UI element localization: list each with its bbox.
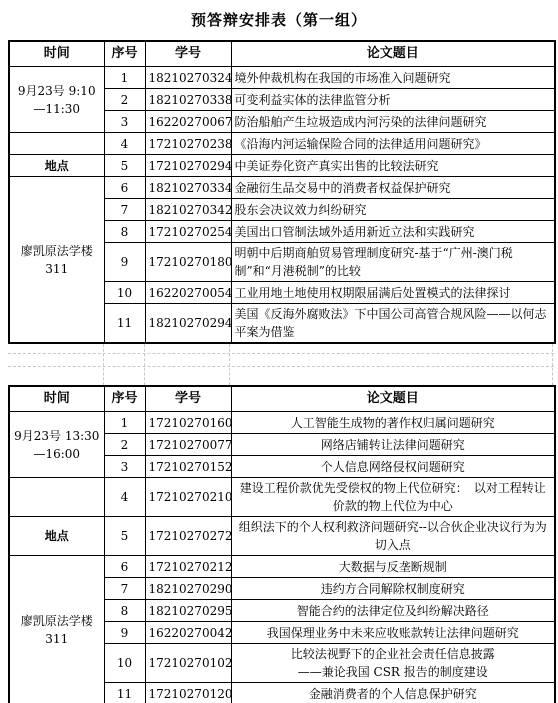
- thesis-title: 人工智能生成物的著作权归属问题研究: [231, 412, 555, 434]
- student-id: 17210270272: [145, 517, 231, 556]
- student-id: 17210270077: [145, 434, 231, 456]
- empty-time-cell: [9, 133, 104, 155]
- row-number: 6: [104, 556, 145, 578]
- gridline-vertical: [552, 344, 553, 385]
- row-number: 5: [104, 517, 145, 556]
- header-no: 序号: [104, 41, 145, 67]
- row-number: 1: [104, 67, 145, 89]
- table-row: 9月23号 13:30 —16:00117210270160人工智能生成物的著作…: [9, 412, 555, 434]
- table-row: 地点517210270294中美证券化资产真实出售的比较法研究: [9, 155, 555, 177]
- gridline-vertical: [229, 344, 230, 385]
- student-id: 17210270212: [145, 556, 231, 578]
- row-number: 11: [104, 304, 145, 344]
- row-number: 7: [104, 578, 145, 600]
- student-id: 17210270120: [145, 683, 231, 703]
- header-row: 时间 序号 学号 论文题目: [9, 386, 555, 412]
- header-no: 序号: [104, 386, 145, 412]
- header-thesis-title: 论文题目: [231, 386, 555, 412]
- table-row: 廖凯原法学楼 311618210270334金融衍生品交易中的消费者权益保护研究: [9, 177, 555, 199]
- row-number: 5: [104, 155, 145, 177]
- header-student-id: 学号: [145, 386, 231, 412]
- schedule-table-afternoon: 时间 序号 学号 论文题目 9月23号 13:30 —16:0011721027…: [8, 385, 556, 703]
- thesis-title: 个人信息网络侵权问题研究: [231, 456, 555, 478]
- session-time: 9月23号 13:30 —16:00: [9, 412, 104, 478]
- table-row: 417210270238《沿海内河运输保险合同的法律适用问题研究》: [9, 133, 555, 155]
- thesis-title: 中美证券化资产真实出售的比较法研究: [231, 155, 555, 177]
- location-label: 地点: [9, 155, 104, 177]
- thesis-title: 我国保理业务中未来应收账款转让法律问题研究: [231, 622, 555, 644]
- student-id: 17210270180: [145, 243, 231, 282]
- schedule-table-morning: 时间 序号 学号 论文题目 9月23号 9:10 —11:30118210270…: [8, 40, 556, 344]
- row-number: 8: [104, 221, 145, 243]
- row-number: 9: [104, 243, 145, 282]
- header-time: 时间: [9, 41, 104, 67]
- student-id: 17210270152: [145, 456, 231, 478]
- student-id: 17210270238: [145, 133, 231, 155]
- location-value: 廖凯原法学楼 311: [9, 556, 104, 703]
- thesis-title: 智能合约的法律定位及纠纷解决路径: [231, 600, 555, 622]
- row-number: 11: [104, 683, 145, 703]
- gridline-vertical: [144, 344, 145, 385]
- student-id: 16220270067: [145, 111, 231, 133]
- thesis-title: 美国《反海外腐败法》下中国公司高管合规风险——以何志平案为借鉴: [231, 304, 555, 344]
- thesis-title: 建设工程价款优先受偿权的物上代位研究： 以对工程转让价款的物上代位为中心: [231, 478, 555, 517]
- gridline-vertical: [103, 344, 104, 385]
- document-page: 预答辩安排表（第一组） 时间 序号 学号 论文题目 9月23号 9:10 —11…: [0, 0, 558, 703]
- gridline-horizontal: [8, 366, 554, 367]
- thesis-title: 工业用地土地使用权期限届满后处置模式的法律探讨: [231, 282, 555, 304]
- table-row: 417210270210建设工程价款优先受偿权的物上代位研究： 以对工程转让价款…: [9, 478, 555, 517]
- thesis-title: 违约方合同解除权制度研究: [231, 578, 555, 600]
- student-id: 17210270160: [145, 412, 231, 434]
- student-id: 18210270295: [145, 600, 231, 622]
- location-label: 地点: [9, 517, 104, 556]
- header-row: 时间 序号 学号 论文题目: [9, 41, 555, 67]
- row-number: 2: [104, 89, 145, 111]
- row-number: 4: [104, 478, 145, 517]
- thesis-title: 《沿海内河运输保险合同的法律适用问题研究》: [231, 133, 555, 155]
- thesis-title: 比较法视野下的企业社会责任信息披露 ——兼论我国 CSR 报告的制度建设: [231, 644, 555, 683]
- thesis-title: 防治船舶产生垃圾造成内河污染的法律问题研究: [231, 111, 555, 133]
- thesis-title: 可变利益实体的法律监管分析: [231, 89, 555, 111]
- header-student-id: 学号: [145, 41, 231, 67]
- row-number: 10: [104, 282, 145, 304]
- row-number: 8: [104, 600, 145, 622]
- thesis-title: 境外仲裁机构在我国的市场准入问题研究: [231, 67, 555, 89]
- table-row: 地点517210270272组织法下的个人权利救济问题研究--以合伙企业决议行为…: [9, 517, 555, 556]
- row-number: 4: [104, 133, 145, 155]
- row-number: 2: [104, 434, 145, 456]
- page-title: 预答辩安排表（第一组）: [0, 0, 558, 40]
- student-id: 18210270294: [145, 304, 231, 344]
- student-id: 16220270054: [145, 282, 231, 304]
- row-number: 3: [104, 111, 145, 133]
- table-row: 廖凯原法学楼 311617210270212大数据与反垄断规制: [9, 556, 555, 578]
- empty-time-cell: [9, 478, 104, 517]
- row-number: 3: [104, 456, 145, 478]
- student-id: 18210270342: [145, 199, 231, 221]
- student-id: 17210270254: [145, 221, 231, 243]
- row-number: 6: [104, 177, 145, 199]
- student-id: 18210270324: [145, 67, 231, 89]
- thesis-title: 金融消费者的个人信息保护研究: [231, 683, 555, 703]
- thesis-title: 组织法下的个人权利救济问题研究--以合伙企业决议行为为切入点: [231, 517, 555, 556]
- session-time: 9月23号 9:10 —11:30: [9, 67, 104, 133]
- row-number: 1: [104, 412, 145, 434]
- student-id: 17210270102: [145, 644, 231, 683]
- student-id: 16220270042: [145, 622, 231, 644]
- student-id: 18210270338: [145, 89, 231, 111]
- thesis-title: 股东会决议效力纠纷研究: [231, 199, 555, 221]
- row-number: 10: [104, 644, 145, 683]
- thesis-title: 美国出口管制法域外适用新近立法和实践研究: [231, 221, 555, 243]
- header-time: 时间: [9, 386, 104, 412]
- thesis-title: 金融衍生品交易中的消费者权益保护研究: [231, 177, 555, 199]
- row-number: 7: [104, 199, 145, 221]
- table-row: 9月23号 9:10 —11:30118210270324境外仲裁机构在我国的市…: [9, 67, 555, 89]
- thesis-title: 明朝中后期商舶贸易管理制度研究-基于“广州-澳门税制”和“月港税制”的比较: [231, 243, 555, 282]
- gridline-horizontal: [8, 353, 554, 354]
- header-thesis-title: 论文题目: [231, 41, 555, 67]
- spreadsheet-gridline-gap: [8, 344, 554, 385]
- student-id: 17210270210: [145, 478, 231, 517]
- row-number: 9: [104, 622, 145, 644]
- student-id: 18210270290: [145, 578, 231, 600]
- student-id: 17210270294: [145, 155, 231, 177]
- thesis-title: 网络店铺转让法律问题研究: [231, 434, 555, 456]
- location-value: 廖凯原法学楼 311: [9, 177, 104, 344]
- thesis-title: 大数据与反垄断规制: [231, 556, 555, 578]
- student-id: 18210270334: [145, 177, 231, 199]
